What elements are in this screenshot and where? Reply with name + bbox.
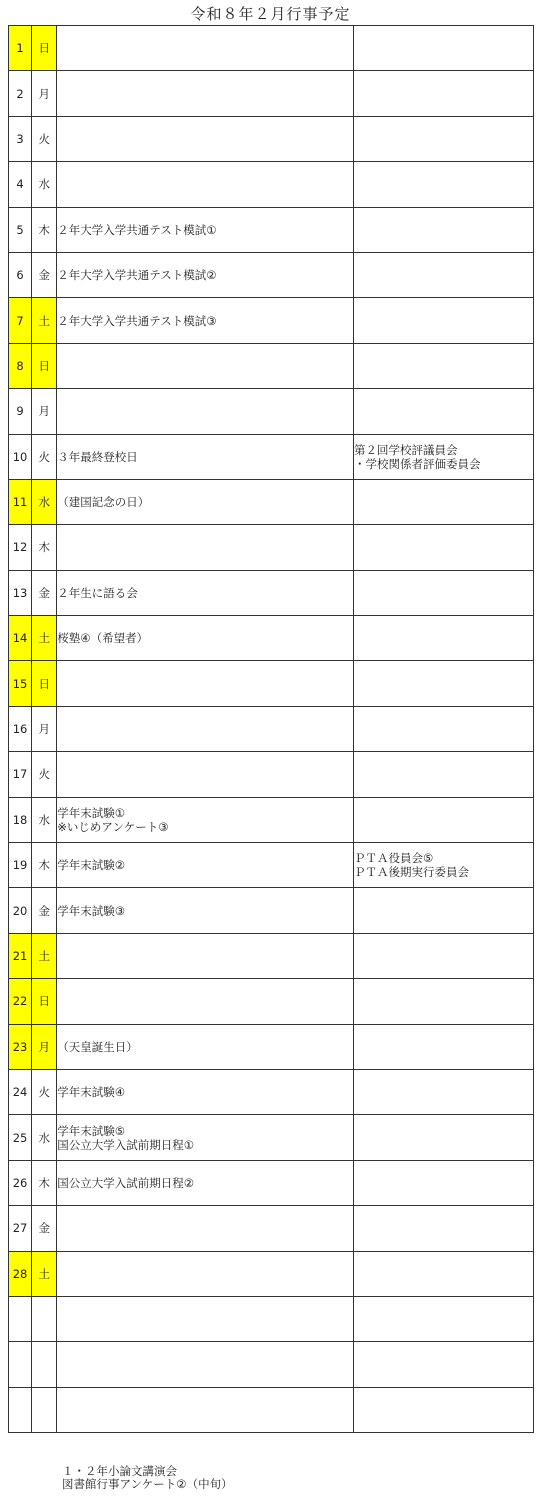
schedule-table: 1日2月3火4水5木２年大学入学共通テスト模試①6金２年大学入学共通テスト模試②… [8, 25, 534, 1433]
table-row: 22日 [9, 979, 534, 1024]
notes-cell [353, 1024, 533, 1069]
notes-cell: 第２回学校評議員会・学校関係者評価委員会 [353, 434, 533, 479]
notes-cell [353, 252, 533, 297]
day-number-cell: 14 [9, 616, 32, 661]
weekday-cell [32, 1296, 57, 1341]
weekday-cell: 日 [32, 343, 57, 388]
table-row: 26木国公立大学入試前期日程② [9, 1160, 534, 1205]
table-row: 14土桜塾④（希望者） [9, 616, 534, 661]
events-cell [57, 116, 354, 161]
day-number-cell: 20 [9, 888, 32, 933]
weekday-cell: 木 [32, 843, 57, 888]
weekday-cell: 土 [32, 933, 57, 978]
table-row: 6金２年大学入学共通テスト模試② [9, 252, 534, 297]
notes-cell [353, 162, 533, 207]
table-row: 13金２年生に語る会 [9, 570, 534, 615]
day-number-cell: 8 [9, 343, 32, 388]
notes-cell [353, 71, 533, 116]
events-cell [57, 752, 354, 797]
weekday-cell [32, 1342, 57, 1387]
day-number-cell: 28 [9, 1251, 32, 1296]
notes-cell [353, 752, 533, 797]
table-row: 25水学年末試験⑤国公立大学入試前期日程① [9, 1115, 534, 1160]
day-number-cell: 15 [9, 661, 32, 706]
weekday-cell: 火 [32, 752, 57, 797]
table-row [9, 1387, 534, 1432]
events-cell [57, 343, 354, 388]
event-text: （建国記念の日） [57, 495, 353, 509]
notes-cell [353, 26, 533, 71]
day-number-cell: 17 [9, 752, 32, 797]
table-row: 23月（天皇誕生日） [9, 1024, 534, 1069]
notes-cell [353, 933, 533, 978]
notes-cell [353, 661, 533, 706]
events-cell [57, 71, 354, 116]
weekday-cell: 土 [32, 616, 57, 661]
note-text: ＰＴＡ役員会⑤ [354, 851, 533, 865]
day-number-cell: 5 [9, 207, 32, 252]
weekday-cell: 日 [32, 661, 57, 706]
day-number-cell: 24 [9, 1069, 32, 1114]
day-number-cell [9, 1342, 32, 1387]
notes-cell [353, 1296, 533, 1341]
events-cell [57, 706, 354, 751]
event-text: ※いじめアンケート③ [57, 820, 353, 834]
table-row: 4水 [9, 162, 534, 207]
events-cell: 国公立大学入試前期日程② [57, 1160, 354, 1205]
table-row: 27金 [9, 1206, 534, 1251]
events-cell [57, 933, 354, 978]
day-number-cell: 27 [9, 1206, 32, 1251]
day-number-cell: 9 [9, 389, 32, 434]
event-text: 国公立大学入試前期日程② [57, 1176, 353, 1190]
event-text: 学年末試験⑤ [57, 1124, 353, 1138]
weekday-cell: 木 [32, 207, 57, 252]
event-text: 桜塾④（希望者） [57, 631, 353, 645]
events-cell: ２年生に語る会 [57, 570, 354, 615]
events-cell: 学年末試験⑤国公立大学入試前期日程① [57, 1115, 354, 1160]
schedule-rows: 1日2月3火4水5木２年大学入学共通テスト模試①6金２年大学入学共通テスト模試②… [9, 26, 534, 1433]
events-cell [57, 661, 354, 706]
events-cell: 桜塾④（希望者） [57, 616, 354, 661]
day-number-cell [9, 1296, 32, 1341]
events-cell: 学年末試験④ [57, 1069, 354, 1114]
notes-cell [353, 389, 533, 434]
weekday-cell: 月 [32, 706, 57, 751]
event-text: ２年大学入学共通テスト模試① [57, 223, 353, 237]
day-number-cell: 19 [9, 843, 32, 888]
weekday-cell: 土 [32, 298, 57, 343]
day-number-cell: 21 [9, 933, 32, 978]
day-number-cell: 12 [9, 525, 32, 570]
event-text: ２年生に語る会 [57, 586, 353, 600]
weekday-cell: 木 [32, 1160, 57, 1205]
table-row: 8日 [9, 343, 534, 388]
weekday-cell: 火 [32, 1069, 57, 1114]
event-text: 国公立大学入試前期日程① [57, 1138, 353, 1152]
events-cell: ３年最終登校日 [57, 434, 354, 479]
notes-cell [353, 1206, 533, 1251]
footer-line: 図書館行事アンケート②（中旬） [62, 1478, 233, 1491]
weekday-cell: 月 [32, 71, 57, 116]
day-number-cell [9, 1387, 32, 1432]
notes-cell [353, 479, 533, 524]
events-cell: （天皇誕生日） [57, 1024, 354, 1069]
table-row: 2月 [9, 71, 534, 116]
day-number-cell: 22 [9, 979, 32, 1024]
events-cell [57, 389, 354, 434]
event-text: ２年大学入学共通テスト模試② [57, 268, 353, 282]
event-text: 学年末試験② [57, 858, 353, 872]
notes-cell [353, 1251, 533, 1296]
table-row: 17火 [9, 752, 534, 797]
events-cell [57, 162, 354, 207]
day-number-cell: 13 [9, 570, 32, 615]
table-row: 15日 [9, 661, 534, 706]
table-row: 1日 [9, 26, 534, 71]
table-row [9, 1342, 534, 1387]
page-title: 令和８年２月行事予定 [0, 3, 541, 24]
table-row: 16月 [9, 706, 534, 751]
note-text: ＰＴＡ後期実行委員会 [354, 865, 533, 879]
table-row: 20金学年末試験③ [9, 888, 534, 933]
weekday-cell: 土 [32, 1251, 57, 1296]
notes-cell [353, 1115, 533, 1160]
table-row: 21土 [9, 933, 534, 978]
day-number-cell: 26 [9, 1160, 32, 1205]
note-text: ・学校関係者評価委員会 [354, 457, 533, 471]
weekday-cell: 水 [32, 162, 57, 207]
table-row [9, 1296, 534, 1341]
events-cell [57, 979, 354, 1024]
weekday-cell: 金 [32, 1206, 57, 1251]
events-cell [57, 1387, 354, 1432]
weekday-cell: 火 [32, 434, 57, 479]
event-text: 学年末試験① [57, 806, 353, 820]
day-number-cell: 4 [9, 162, 32, 207]
events-cell: ２年大学入学共通テスト模試① [57, 207, 354, 252]
weekday-cell: 月 [32, 1024, 57, 1069]
weekday-cell [32, 1387, 57, 1432]
events-cell [57, 1206, 354, 1251]
weekday-cell: 水 [32, 1115, 57, 1160]
table-row: 9月 [9, 389, 534, 434]
day-number-cell: 18 [9, 797, 32, 842]
notes-cell [353, 1342, 533, 1387]
day-number-cell: 7 [9, 298, 32, 343]
day-number-cell: 11 [9, 479, 32, 524]
event-text: ２年大学入学共通テスト模試③ [57, 314, 353, 328]
events-cell: ２年大学入学共通テスト模試③ [57, 298, 354, 343]
notes-cell [353, 1160, 533, 1205]
day-number-cell: 25 [9, 1115, 32, 1160]
weekday-cell: 月 [32, 389, 57, 434]
events-cell [57, 1296, 354, 1341]
notes-cell [353, 979, 533, 1024]
notes-cell [353, 343, 533, 388]
weekday-cell: 金 [32, 570, 57, 615]
events-cell [57, 26, 354, 71]
day-number-cell: 10 [9, 434, 32, 479]
weekday-cell: 木 [32, 525, 57, 570]
table-row: 11水（建国記念の日） [9, 479, 534, 524]
notes-cell [353, 525, 533, 570]
day-number-cell: 2 [9, 71, 32, 116]
events-cell: 学年末試験①※いじめアンケート③ [57, 797, 354, 842]
weekday-cell: 水 [32, 797, 57, 842]
notes-cell [353, 298, 533, 343]
notes-cell [353, 570, 533, 615]
weekday-cell: 日 [32, 979, 57, 1024]
table-row: 10火３年最終登校日第２回学校評議員会・学校関係者評価委員会 [9, 434, 534, 479]
notes-cell [353, 1069, 533, 1114]
notes-cell: ＰＴＡ役員会⑤ＰＴＡ後期実行委員会 [353, 843, 533, 888]
table-row: 24火学年末試験④ [9, 1069, 534, 1114]
event-text: （天皇誕生日） [57, 1040, 353, 1054]
event-text: 学年末試験④ [57, 1085, 353, 1099]
notes-cell [353, 616, 533, 661]
events-cell [57, 1251, 354, 1296]
table-row: 3火 [9, 116, 534, 161]
events-cell: ２年大学入学共通テスト模試② [57, 252, 354, 297]
table-row: 28土 [9, 1251, 534, 1296]
events-cell: 学年末試験③ [57, 888, 354, 933]
events-cell: （建国記念の日） [57, 479, 354, 524]
weekday-cell: 金 [32, 252, 57, 297]
events-cell [57, 525, 354, 570]
notes-cell [353, 1387, 533, 1432]
day-number-cell: 6 [9, 252, 32, 297]
weekday-cell: 日 [32, 26, 57, 71]
table-row: 12木 [9, 525, 534, 570]
weekday-cell: 金 [32, 888, 57, 933]
notes-cell [353, 797, 533, 842]
note-text: 第２回学校評議員会 [354, 443, 533, 457]
events-cell [57, 1342, 354, 1387]
weekday-cell: 水 [32, 479, 57, 524]
event-text: ３年最終登校日 [57, 450, 353, 464]
notes-cell [353, 888, 533, 933]
notes-cell [353, 706, 533, 751]
day-number-cell: 16 [9, 706, 32, 751]
table-row: 18水学年末試験①※いじめアンケート③ [9, 797, 534, 842]
table-row: 5木２年大学入学共通テスト模試① [9, 207, 534, 252]
day-number-cell: 23 [9, 1024, 32, 1069]
table-row: 19木学年末試験②ＰＴＡ役員会⑤ＰＴＡ後期実行委員会 [9, 843, 534, 888]
events-cell: 学年末試験② [57, 843, 354, 888]
notes-cell [353, 207, 533, 252]
table-row: 7土２年大学入学共通テスト模試③ [9, 298, 534, 343]
footer-notes: １・２年小論文講演会 図書館行事アンケート②（中旬） [62, 1465, 233, 1491]
day-number-cell: 3 [9, 116, 32, 161]
day-number-cell: 1 [9, 26, 32, 71]
event-text: 学年末試験③ [57, 904, 353, 918]
notes-cell [353, 116, 533, 161]
weekday-cell: 火 [32, 116, 57, 161]
